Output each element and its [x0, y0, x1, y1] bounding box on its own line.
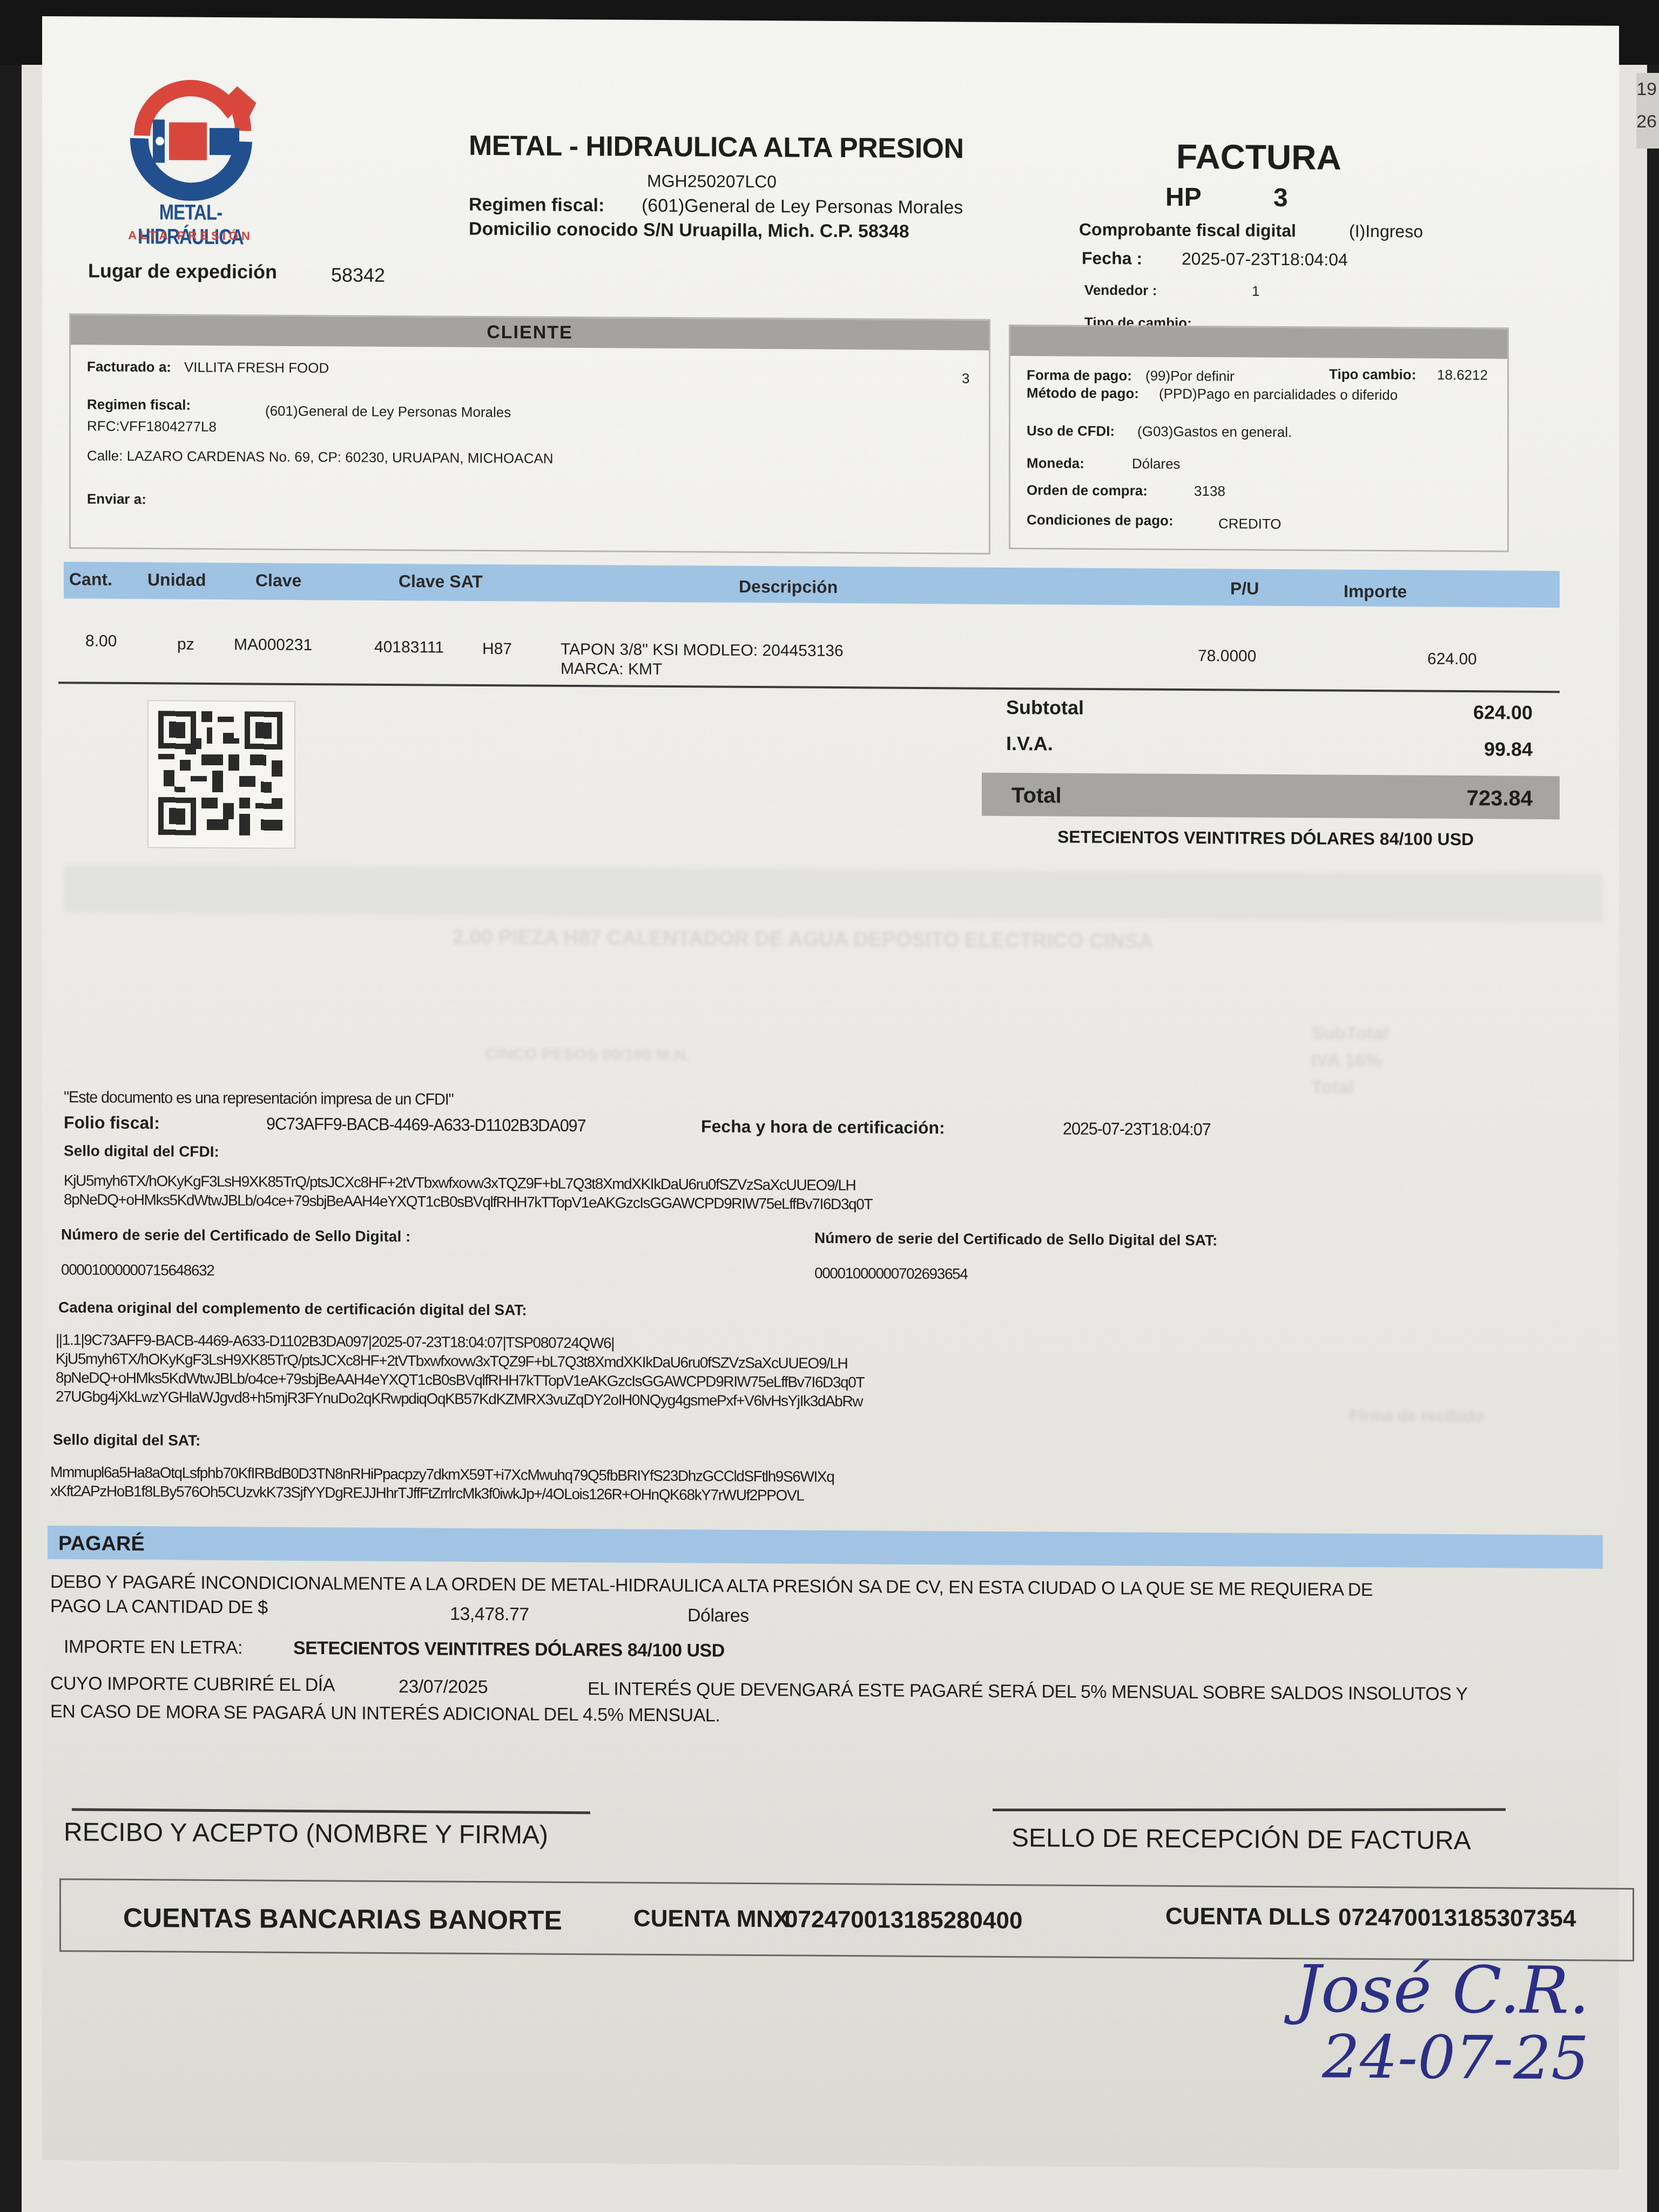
- metodo-pago-label: Método de pago:: [1027, 385, 1139, 402]
- logo-subtitle: ALTA PRESIÓN: [102, 228, 280, 244]
- pagare-mora: EN CASO DE MORA SE PAGARÁ UN INTERÉS ADI…: [50, 1701, 720, 1727]
- item-clave: MA000231: [234, 636, 312, 655]
- uso-cfdi-label: Uso de CFDI:: [1027, 422, 1115, 440]
- serie-csd-label: Número de serie del Certificado de Sello…: [61, 1226, 410, 1245]
- col-pu: P/U: [1230, 578, 1259, 598]
- iva-value: 99.84: [1381, 737, 1533, 761]
- pagare-cantidad-moneda: Dólares: [687, 1605, 749, 1627]
- issuer-regimen-value: (601)General de Ley Personas Morales: [642, 195, 963, 219]
- folio-fiscal-label: Folio fiscal:: [64, 1112, 160, 1133]
- total-bar: Total 723.84: [982, 773, 1560, 820]
- serie-sat-label: Número de serie del Certificado de Sello…: [814, 1230, 1217, 1250]
- item-unidad: pz: [177, 636, 194, 654]
- cliente-regimen-value: (601)General de Ley Personas Morales: [265, 403, 511, 421]
- pagare-interes: EL INTERÉS QUE DEVENGARÁ ESTE PAGARÉ SER…: [588, 1678, 1468, 1705]
- uso-cfdi-value: (G03)Gastos en general.: [1137, 423, 1292, 441]
- comprobante-value: (I)Ingreso: [1349, 221, 1423, 242]
- fecha-certificacion-label: Fecha y hora de certificación:: [701, 1116, 945, 1138]
- sello-sat-line: Mmmupl6a5Ha8aOtqLsfphb70KfIRBdB0D3TN8nRH…: [50, 1464, 834, 1486]
- invoice-serie: HP: [1165, 183, 1202, 212]
- fecha-label: Fecha :: [1082, 248, 1142, 269]
- sello-sat-label: Sello digital del SAT:: [53, 1431, 200, 1449]
- tipo-cambio-label: Tipo cambio:: [1329, 366, 1416, 383]
- cuenta-mxn-value: 072470013185280400: [785, 1906, 1022, 1934]
- condiciones-value: CREDITO: [1218, 515, 1282, 532]
- items-table-header: Cant. Unidad Clave Clave SAT Descripción…: [64, 562, 1560, 608]
- orden-compra-value: 3138: [1194, 483, 1225, 500]
- bank-accounts-box: CUENTAS BANCARIAS BANORTE CUENTA MNX 072…: [59, 1878, 1634, 1961]
- pagare-cantidad-label: PAGO LA CANTIDAD DE $: [50, 1596, 268, 1618]
- issuer-rfc: MGH250207LC0: [647, 171, 777, 192]
- issuer-name: METAL - HIDRAULICA ALTA PRESION: [469, 130, 964, 165]
- sello-cfdi-label: Sello digital del CFDI:: [64, 1142, 219, 1161]
- cadena-original-label: Cadena original del complemento de certi…: [58, 1299, 527, 1319]
- serie-csd-value: 00001000000715648632: [61, 1261, 214, 1279]
- items-divider: [58, 682, 1560, 693]
- item-clave-sat: 40183111: [374, 638, 444, 657]
- item-pu: 78.0000: [1198, 647, 1256, 666]
- pago-panel: Forma de pago: (99)Por definir Tipo camb…: [1009, 325, 1509, 552]
- cliente-regimen-label: Regimen fiscal:: [87, 396, 191, 414]
- document-title: FACTURA: [1176, 137, 1341, 178]
- col-descripcion: Descripción: [739, 577, 838, 597]
- col-importe: Importe: [1344, 582, 1407, 602]
- bleed-through-firma: Firma de recibido: [1349, 1407, 1484, 1426]
- cliente-panel: CLIENTE Facturado a: VILLITA FRESH FOOD …: [69, 313, 990, 554]
- moneda-value: Dólares: [1132, 455, 1181, 473]
- issuer-domicilio: Domicilio conocido S/N Uruapilla, Mich. …: [469, 219, 909, 242]
- sello-cfdi-line: 8pNeDQ+oHMks5KdWtwJBLb/o4ce+79sbjBeAAH4e…: [64, 1191, 872, 1213]
- col-cant: Cant.: [69, 569, 112, 589]
- forma-pago-value: (99)Por definir: [1145, 367, 1235, 385]
- vendedor-value: 1: [1252, 283, 1259, 300]
- bleed-through-row: 2.00 PIEZA H87 CALENTADOR DE AGUA DEPOSI…: [453, 926, 1153, 954]
- item-cant: 8.00: [85, 632, 117, 650]
- cuenta-mxn-label: CUENTA MNX: [633, 1905, 789, 1933]
- sello-recepcion-label: SELLO DE RECEPCIÓN DE FACTURA: [1011, 1823, 1471, 1856]
- item-descripcion-2: MARCA: KMT: [561, 660, 662, 679]
- forma-pago-label: Forma de pago:: [1027, 367, 1132, 384]
- serie-sat-value: 00001000000702693654: [814, 1265, 967, 1283]
- comprobante-label: Comprobante fiscal digital: [1079, 220, 1296, 241]
- fecha-value: 2025-07-23T18:04:04: [1182, 249, 1348, 270]
- total-label: Total: [1011, 784, 1062, 808]
- moneda-label: Moneda:: [1027, 455, 1084, 472]
- bleed-through-band: [64, 864, 1603, 922]
- fecha-certificacion-value: 2025-07-23T18:04:07: [1063, 1119, 1211, 1140]
- item-descripcion-1: TAPON 3/8" KSI MODLEO: 204453136: [561, 640, 844, 660]
- qr-code-icon: [158, 711, 282, 835]
- sello-sat-line: xKft2APzHoB1f8LBy576Oh5CUzvkK73SjfYYDgRE…: [50, 1482, 804, 1505]
- orden-compra-label: Orden de compra:: [1027, 482, 1148, 499]
- cliente-rfc: RFC:VFF1804277L8: [87, 418, 217, 435]
- subtotal-value: 624.00: [1381, 700, 1533, 724]
- pagare-letra-value: SETECIENTOS VEINTITRES DÓLARES 84/100 US…: [293, 1638, 725, 1662]
- cliente-panel-header: CLIENTE: [71, 315, 989, 350]
- handwritten-name: José C.R.: [1295, 1952, 1589, 2028]
- pagare-header-bar: PAGARÉ: [48, 1526, 1603, 1569]
- pagare-header: PAGARÉ: [58, 1532, 145, 1556]
- pagare-cantidad-value: 13,478.77: [450, 1604, 529, 1626]
- condiciones-label: Condiciones de pago:: [1027, 511, 1174, 529]
- enviar-a-label: Enviar a:: [87, 491, 146, 508]
- item-unidad-sat: H87: [482, 640, 512, 658]
- issuer-regimen-label: Regimen fiscal:: [469, 194, 604, 217]
- col-clave-sat: Clave SAT: [399, 571, 483, 592]
- pagare-line-1: DEBO Y PAGARÉ INCONDICIONALMENTE A LA OR…: [50, 1572, 1373, 1601]
- vendedor-label: Vendedor :: [1084, 282, 1157, 299]
- recibo-label: RECIBO Y ACEPTO (NOMBRE Y FIRMA): [64, 1817, 548, 1850]
- tipo-cambio-value: 18.6212: [1437, 367, 1488, 384]
- cuenta-dlls-label: CUENTA DLLS: [1165, 1903, 1331, 1931]
- lugar-expedicion-label: Lugar de expedición: [88, 260, 277, 284]
- cliente-header-label: CLIENTE: [71, 319, 989, 346]
- folio-fiscal-value: 9C73AFF9-BACB-4469-A633-D1102B3DA097: [266, 1114, 585, 1136]
- facturado-label: Facturado a:: [87, 359, 171, 376]
- sello-signature-line: [993, 1808, 1506, 1811]
- pagare-letra-label: IMPORTE EN LETRA:: [64, 1636, 242, 1658]
- col-unidad: Unidad: [147, 570, 206, 590]
- col-clave: Clave: [255, 570, 301, 591]
- cuenta-dlls-value: 072470013185307354: [1338, 1904, 1576, 1933]
- invoice-folio: 3: [1273, 183, 1288, 213]
- total-en-letra: SETECIENTOS VEINTITRES DÓLARES 84/100 US…: [1057, 827, 1474, 849]
- bleed-through-iva: IVA 16%: [1311, 1050, 1381, 1071]
- invoice-page: 2.00 PIEZA H87 CALENTADOR DE AGUA DEPOSI…: [42, 16, 1619, 2170]
- cliente-corner-number: 3: [962, 370, 969, 387]
- pagare-cubrire-label: CUYO IMPORTE CUBRIRÉ EL DÍA: [50, 1673, 335, 1696]
- cadena-original-line: 27UGbg4jXkLwzYGHlaWJgvd8+h5mjR3FYnuDo2qK…: [56, 1388, 862, 1410]
- total-value: 723.84: [1381, 786, 1533, 811]
- iva-label: I.V.A.: [1006, 732, 1053, 756]
- cadena-original-line: KjU5myh6TX/hOKyKgF3LsH9XK85TrQ/ptsJCXc8H…: [56, 1350, 847, 1372]
- cliente-calle: Calle: LAZARO CARDENAS No. 69, CP: 60230…: [87, 448, 554, 467]
- item-importe: 624.00: [1427, 650, 1477, 669]
- cfdi-qr-code: [147, 700, 295, 849]
- lugar-expedicion-value: 58342: [331, 264, 385, 287]
- cadena-original-line: ||1.1|9C73AFF9-BACB-4469-A633-D1102B3DA0…: [56, 1331, 614, 1352]
- bleed-through-total: Total: [1311, 1077, 1354, 1098]
- pago-panel-header: [1010, 326, 1507, 359]
- sello-cfdi-line: KjU5myh6TX/hOKyKgF3LsH9XK85TrQ/ptsJCXc8H…: [64, 1172, 855, 1194]
- facturado-value: VILLITA FRESH FOOD: [184, 359, 329, 377]
- side-tab-label: 19 26: [1636, 73, 1659, 149]
- cfdi-leyenda: "Este documento es una representación im…: [64, 1088, 454, 1109]
- pagare-cubrire-fecha: 23/07/2025: [399, 1676, 488, 1698]
- bleed-through-amount: CINCO PESOS 00/100 M.N.: [485, 1045, 690, 1064]
- recibo-signature-line: [72, 1808, 590, 1814]
- subtotal-label: Subtotal: [1006, 696, 1084, 719]
- handwritten-date: 24-07-25: [1322, 2022, 1589, 2093]
- bank-title: CUENTAS BANCARIAS BANORTE: [123, 1902, 562, 1936]
- cadena-original-line: 8pNeDQ+oHMks5KdWtwJBLb/o4ce+79sbjBeAAH4e…: [56, 1369, 864, 1391]
- bleed-through-subtotal: SubTotal: [1311, 1023, 1388, 1044]
- metodo-pago-value: (PPD)Pago en parcialidades o diferido: [1159, 386, 1398, 404]
